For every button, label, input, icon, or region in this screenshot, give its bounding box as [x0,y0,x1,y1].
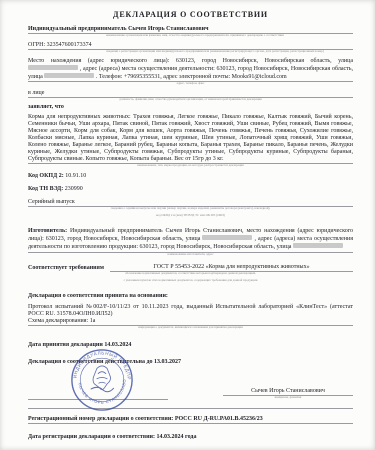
tnved-value: 230990 [65,186,83,192]
basis-protocol: Протокол испытаний №002/F-10/11/23 от 10… [28,304,353,318]
ogrn-line: ОГРН: 323547600173374 [28,42,353,50]
signature-row: Сычев Игорь Станиславович инициалы, фами… [28,380,353,400]
conformity-label: Соответствует требованиям [28,265,110,272]
basis-heading: Декларация о соответствии принята на осн… [28,293,353,300]
address-caption: адрес, телефон, факс [106,82,275,84]
date-adopted: Дата принятия декларации 14.03.2024 [28,342,353,349]
product-description: Корма для непродуктивных животных: Трахе… [28,114,353,165]
declaration-document: ДЕКЛАРАЦИЯ О СООТВЕТСТВИИ Индивидуальный… [0,0,375,450]
registration-date-line: Дата регистрации декларации о соответств… [28,434,353,441]
conformity-caption-2: с указанием пунктов этих нормативных док… [106,279,275,281]
applicant-name: Индивидуальный предприниматель Сычев Иго… [28,26,353,34]
ogrn-caption: сведения о регистрации организации или и… [106,50,275,52]
tnved-label: Код ТН ВЭД: [28,186,63,192]
redaction-box [293,243,343,248]
manufacturer-paragraph: Изготовитель: Индивидуальный предпринима… [28,228,353,252]
signature-line [28,381,168,400]
conformity-row: Соответствует требованиям ГОСТ Р 55453-2… [28,264,353,272]
conformity-caption-1: обозначение нормативных документов, соот… [106,272,275,274]
registration-number-label: Регистрационный номер декларации о соотв… [28,416,173,422]
okpd-label: Код ОКПД 2: [28,173,64,179]
declares-label: заявляет, что [28,104,353,111]
applicant-address: Место нахождения (адрес юридического лиц… [28,58,353,82]
address-text-4: . Телефон: +79695355531, адрес электронн… [96,74,287,80]
redaction-box [28,65,78,70]
manufacturer-caption: наименование изготовителя, адрес [106,253,275,255]
divider-line [28,408,353,409]
date-valid: Декларация о соответствии действительна … [28,359,353,366]
signatory-caption: инициалы, фамилия [254,396,322,398]
okpd-value: 10.91.10 [65,173,86,179]
conformity-standard: ГОСТ Р 55453-2022 «Корма для непродуктив… [110,264,353,272]
applicant-name-caption: наименование организации или фамилия, им… [106,34,275,36]
product-caption: наименование, тип, марка продукции, на к… [106,164,275,166]
manufacturer-label: Изготовитель: [28,228,67,234]
address-text-2: , адрес (адреса) места осуществления дея… [80,66,330,72]
basis-scheme: Схема декларирования: 1а [28,318,353,326]
registration-date-label: Дата регистрации декларации о соответств… [28,434,155,440]
redaction-box [44,73,94,78]
signatory-block: Сычев Игорь Станиславович инициалы, фами… [223,388,353,400]
tnved-line: Код ТН ВЭД: 230990 [28,186,353,193]
registration-date-value: 14.03.2024 года [157,434,197,440]
serial-caption-2: код ОКПД 2 и (или) ТН ВЭД ТС или ОК 005 … [106,214,275,216]
address-text-1: Место нахождения (адрес юридического лиц… [28,58,353,64]
redaction-box [202,235,252,240]
registration-number-line: Регистрационный номер декларации о соотв… [28,416,353,424]
serial-caption-1: сведения о серийном выпуске или партии (… [106,207,275,209]
okpd-line: Код ОКПД 2: 10.91.10 [28,173,353,180]
in-person-caption: должность, фамилия, имя, отчество руково… [106,98,275,100]
registration-number-value: РОСС RU Д-RU.РА01.В.45236/23 [175,416,263,422]
document-title: ДЕКЛАРАЦИЯ О СООТВЕТСТВИИ [28,10,353,19]
signatory-name: Сычев Игорь Станиславович [223,388,353,396]
basis-caption: информация о документах, являющихся осно… [106,326,275,328]
